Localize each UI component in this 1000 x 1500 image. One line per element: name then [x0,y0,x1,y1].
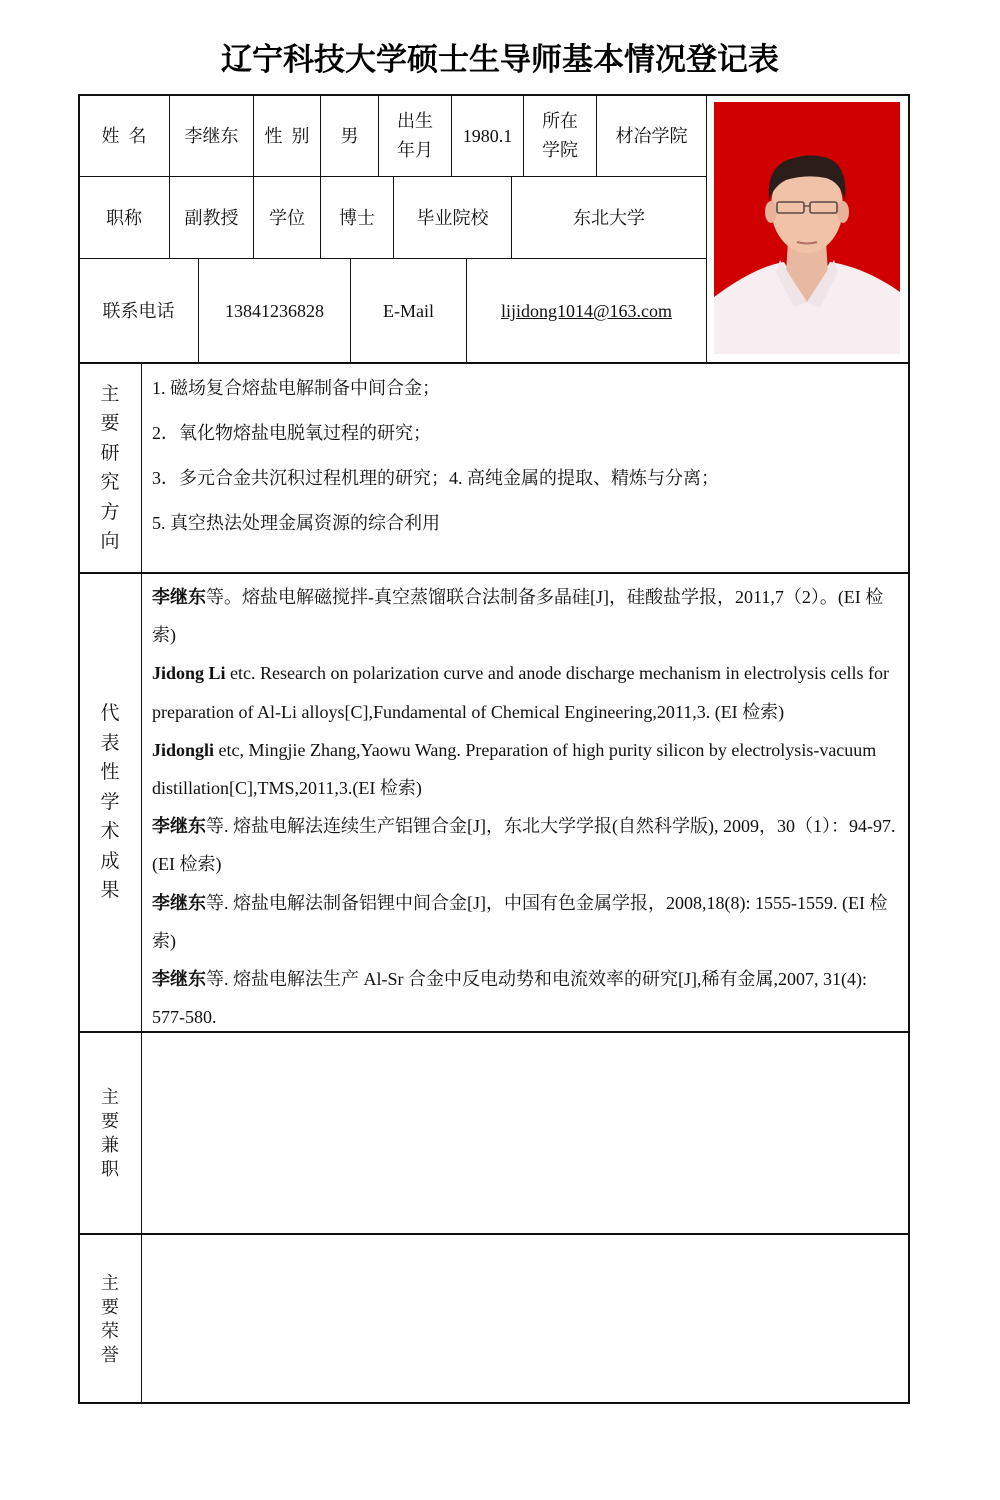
research-label-char: 究 [100,468,119,498]
part-time-label-char: 兼 [101,1133,119,1157]
part-time-label: 主 要 兼 职 [79,1033,141,1233]
publication-item: Jidong Li etc. Research on polarization … [152,654,902,730]
publication-item: 李继东等. 熔盐电解法制备铝锂中间合金[J]，中国有色金属学报，2008,18(… [152,884,902,960]
honors-content [152,1242,902,1392]
publications-label-char: 术 [100,817,119,847]
publications-label: 代 表 性 学 术 成 果 [79,574,141,1031]
divider [141,363,142,1403]
publications-label-char: 代 [100,699,119,729]
publications-label-char: 成 [100,847,119,877]
publications-label-char: 表 [100,729,119,759]
publication-item: 李继东等。熔盐电解磁搅拌-真空蒸馏联合法制备多晶硅[J]，硅酸盐学报，2011,… [152,578,902,654]
degree-label: 学位 [254,177,320,258]
portrait-photo [714,102,900,354]
email-link[interactable]: lijidong1014@163.com [501,296,672,326]
gender-value: 男 [321,95,378,176]
birth-label: 出生 年月 [379,95,451,176]
publications-label-char: 学 [100,788,119,818]
table-border-bottom [78,1402,910,1404]
publications-label-char: 性 [100,758,119,788]
publication-text: etc. Research on polarization curve and … [152,663,889,721]
research-label-char: 研 [100,439,119,469]
honors-label: 主 要 荣 誉 [79,1235,141,1402]
title-label: 职称 [79,177,169,258]
part-time-content [152,1040,902,1225]
page-title: 辽宁科技大学硕士生导师基本情况登记表 [0,34,1000,79]
research-item: 1. 磁场复合熔盐电解制备中间合金； [152,374,440,400]
college-label: 所在 学院 [524,95,596,176]
research-item: 2．氧化物熔盐电脱氧过程的研究； [152,419,431,445]
table-border-right [908,94,910,1404]
publication-text: 等. 熔盐电解法连续生产铝锂合金[J]，东北大学学报(自然科学版), 2009，… [152,816,895,874]
publication-author: 李继东 [152,969,206,989]
publications-label-char: 果 [100,876,119,906]
publications-list: 李继东等。熔盐电解磁搅拌-真空蒸馏联合法制备多晶硅[J]，硅酸盐学报，2011,… [152,578,902,1036]
divider [706,94,707,364]
name-value: 李继东 [170,95,253,176]
publication-author: 李继东 [152,893,206,913]
honors-label-char: 誉 [101,1343,119,1367]
research-label-char: 要 [100,409,119,439]
publication-text: 等. 熔盐电解法生产 Al-Sr 合金中反电动势和电流效率的研究[J],稀有金属… [152,969,867,1027]
phone-value: 13841236828 [199,259,350,363]
birth-value: 1980.1 [452,95,523,176]
publication-item: Jidongli etc, Mingjie Zhang,Yaowu Wang. … [152,731,902,807]
college-label-line2: 学院 [542,136,578,165]
research-list: 1. 磁场复合熔盐电解制备中间合金； 2．氧化物熔盐电脱氧过程的研究； 3．多元… [152,364,902,572]
school-value: 东北大学 [512,177,706,258]
research-label: 主 要 研 究 方 向 [79,364,141,572]
title-value: 副教授 [170,177,253,258]
publication-text: 等. 熔盐电解法制备铝锂中间合金[J]，中国有色金属学报，2008,18(8):… [152,893,887,951]
part-time-label-char: 主 [101,1085,119,1109]
phone-label: 联系电话 [79,259,198,363]
publication-text: etc, Mingjie Zhang,Yaowu Wang. Preparati… [152,740,876,798]
research-item: 5. 真空热法处理金属资源的综合利用 [152,509,440,535]
email-cell: lijidong1014@163.com [467,259,706,363]
school-label: 毕业院校 [394,177,511,258]
research-label-char: 方 [100,498,119,528]
divider [78,572,910,574]
birth-label-line1: 出生 [397,107,433,136]
birth-label-line2: 年月 [397,136,433,165]
name-label: 姓 名 [79,95,169,176]
publication-item: 李继东等. 熔盐电解法生产 Al-Sr 合金中反电动势和电流效率的研究[J],稀… [152,960,902,1036]
publication-item: 李继东等. 熔盐电解法连续生产铝锂合金[J]，东北大学学报(自然科学版), 20… [152,807,902,883]
publication-author: Jidongli [152,740,214,760]
degree-value: 博士 [321,177,393,258]
research-item: 3．多元合金共沉积过程机理的研究；4. 高纯金属的提取、精炼与分离； [152,464,719,490]
publication-author: 李继东 [152,816,206,836]
honors-label-char: 要 [101,1295,119,1319]
publication-author: Jidong Li [152,663,226,683]
part-time-label-char: 要 [101,1109,119,1133]
part-time-label-char: 职 [101,1157,119,1181]
honors-label-char: 荣 [101,1319,119,1343]
email-label: E-Mail [351,259,466,363]
portrait-image-icon [714,102,900,354]
publication-author: 李继东 [152,587,206,607]
divider [78,1233,910,1235]
college-label-line1: 所在 [542,107,578,136]
college-value: 材冶学院 [597,95,706,176]
gender-label: 性 别 [254,95,320,176]
research-label-char: 向 [100,527,119,557]
publication-text: 等。熔盐电解磁搅拌-真空蒸馏联合法制备多晶硅[J]，硅酸盐学报，2011,7（2… [152,587,883,645]
research-label-char: 主 [100,380,119,410]
honors-label-char: 主 [101,1271,119,1295]
